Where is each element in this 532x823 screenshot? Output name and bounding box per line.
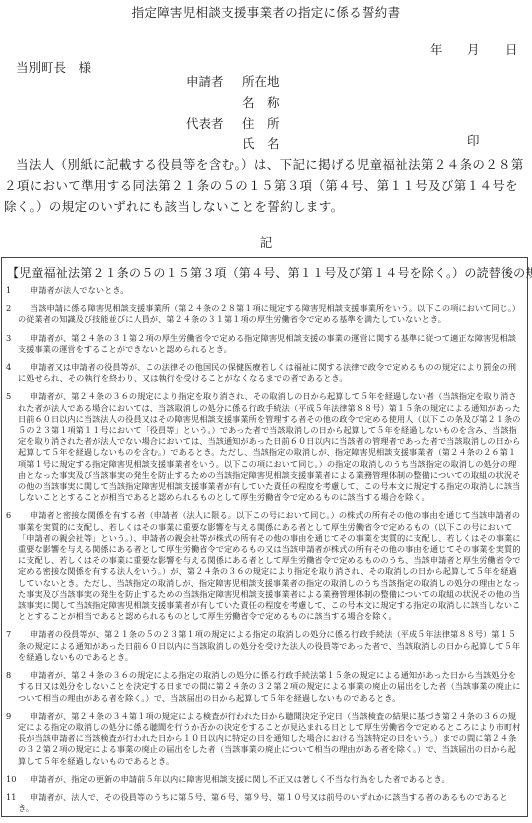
- provision-number: 7: [6, 629, 11, 640]
- provision-item: 6 申請者と密接な関係を有する者（申請者（法人に限る。以下この号において同じ。）…: [2, 508, 527, 624]
- provision-item: 4 申請者又は申請者の役員等が、この法律その他国民の保健医療若しくは福祉に関する…: [2, 360, 527, 386]
- provision-item: 9 申請者が、第２４条の３４第１項の規定による検査が行われた日から聴聞決定予定日…: [2, 709, 527, 769]
- provision-text: 申請者が、第２４条の３４第１項の規定による検査が行われた日から聴聞決定予定日（当…: [18, 711, 521, 767]
- provision-text: 申請者と密接な関係を有する者（申請者（法人に限る。以下この号において同じ。）の株…: [18, 510, 521, 622]
- provision-number: 10: [6, 774, 17, 785]
- provision-number: 8: [6, 670, 11, 681]
- addressee: 当別町長 様: [16, 58, 91, 76]
- document-title: 指定障害児相談支援事業者の指定に係る誓約書: [0, 3, 532, 21]
- provision-item: 3 申請者が、第２４条の３１第２項の厚生労働省令で定める指定障害児相談支援の事業…: [2, 331, 527, 357]
- provision-item: 1 申請者が法人でないとき。: [2, 283, 527, 298]
- pledge-paragraph: 当法人（別紙に記載する役員等を含む。）は、下記に掲げる児童福祉法第２４条の２８第…: [4, 154, 526, 217]
- ki-heading: 記: [0, 233, 532, 251]
- provision-text: 申請者が法人でないとき。: [18, 285, 521, 296]
- applicant-name-label: 名 称: [242, 93, 280, 111]
- provisions-box-title: 【児童福祉法第２１条の５の１５第３項（第４号、第１１号及び第１４号を除く。）の読…: [2, 258, 527, 280]
- provision-number: 5: [6, 391, 11, 402]
- date-month-label: 月: [467, 40, 480, 58]
- provision-text: 申請者の役員等が、第２１条の５の２３第１項の規定による指定の取消しの処分に係る行…: [18, 629, 521, 663]
- provision-number: 2: [6, 303, 11, 314]
- provision-item: 11 申請者が、法人で、その役員等のうちに第５号、第６号、第９号、第１０号又は前…: [2, 790, 527, 816]
- seal-mark: 印: [467, 131, 480, 149]
- provision-text: 申請者が、指定の更新の申請前５年以内に障害児相談支援に関し不正又は著しく不当な行…: [18, 774, 521, 785]
- date-day-label: 日: [505, 40, 518, 58]
- provision-item: 7 申請者の役員等が、第２１条の５の２３第１項の規定による指定の取消しの処分に係…: [2, 627, 527, 665]
- provision-text: 申請者が、第２４条の３６の規定による指定の取消しの処分に係る行政手続法第１５条の…: [18, 670, 521, 704]
- provision-number: 1: [6, 285, 11, 296]
- provision-item: 5 申請者が、第２４条の３６の規定により指定を取り消され、その取消しの日から起算…: [2, 389, 527, 505]
- provision-item: 10 申請者が、指定の更新の申請前５年以内に障害児相談支援に関し不正又は著しく不…: [2, 772, 527, 787]
- provision-text: 申請者が、第２４条の３１第２項の厚生労働省令で定める指定障害児相談支援の事業の運…: [18, 333, 521, 355]
- provisions-box: 【児童福祉法第２１条の５の１５第３項（第４号、第１１号及び第１４号を除く。）の読…: [1, 257, 528, 817]
- provision-text: 当該申請に係る障害児相談支援事業所（第２４条の２８第１項に規定する障害児相談支援…: [18, 303, 521, 325]
- provision-number: 11: [6, 792, 17, 803]
- applicant-label: 申請者: [186, 72, 224, 90]
- representative-label: 代表者: [186, 114, 224, 132]
- applicant-address-label: 所在地: [242, 72, 280, 90]
- provision-number: 3: [6, 333, 11, 344]
- provision-text: 申請者又は申請者の役員等が、この法律その他国民の保健医療若しくは福祉に関する法律…: [18, 362, 521, 384]
- provision-number: 6: [6, 510, 11, 521]
- date-year-label: 年: [430, 40, 443, 58]
- representative-name-label: 氏 名: [242, 134, 280, 152]
- provision-item: 8 申請者が、第２４条の３６の規定による指定の取消しの処分に係る行政手続法第１５…: [2, 668, 527, 706]
- provision-text: 申請者が、第２４条の３６の規定により指定を取り消され、その取消しの日から起算して…: [18, 391, 521, 503]
- provision-number: 9: [6, 711, 11, 722]
- provision-text: 申請者が、法人で、その役員等のうちに第５号、第６号、第９号、第１０号又は前号のい…: [18, 792, 521, 814]
- provision-number: 4: [6, 362, 11, 373]
- provision-item: 2 当該申請に係る障害児相談支援事業所（第２４条の２８第１項に規定する障害児相談…: [2, 301, 527, 327]
- representative-address-label: 住 所: [242, 114, 280, 132]
